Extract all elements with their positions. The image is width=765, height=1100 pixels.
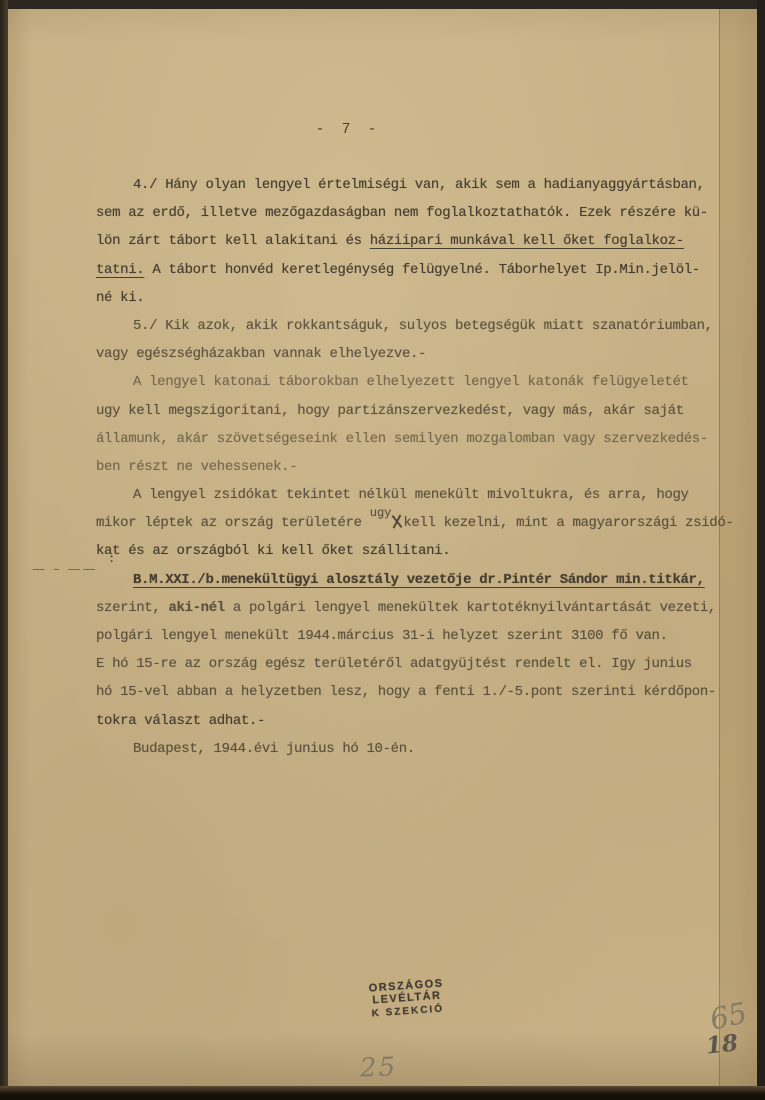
pencil-number-25: 25 — [359, 1052, 397, 1083]
text-segment: aki-nél — [168, 600, 224, 616]
text-segment: né ki. — [96, 290, 144, 306]
insertion-caret-mark — [392, 515, 401, 528]
text-segment: A tábort honvéd keretlegénység felügyeln… — [144, 262, 700, 278]
text-segment: B.M.XXI./b.menekültügyi alosztály vezető… — [133, 572, 705, 588]
document-line-14: kat és az országból ki kell őket szállit… — [96, 537, 724, 565]
text-segment: A lengyel katonai táborokban elhelyezett… — [133, 374, 689, 390]
document-line-2: sem az erdő, illetve mezőgazdaságban nem… — [96, 199, 724, 227]
text-segment: államunk, akár szövetségeseink ellen sem… — [96, 431, 708, 447]
text-segment: a polgári lengyel menekültek kartotéknyi… — [225, 600, 716, 616]
document-line-1: 4./ Hány olyan lengyel értelmiségi van, … — [96, 171, 724, 199]
text-segment: 5./ Kik azok, akik rokkantságuk, sulyos … — [133, 318, 713, 334]
text-segment: Budapest, 1944.évi junius hó 10-én. — [133, 741, 415, 757]
document-line-21: Budapest, 1944.évi junius hó 10-én. — [96, 735, 724, 763]
page-number: - 7 - — [308, 121, 388, 138]
document-line-3: lön zárt tábort kell alakitani és háziip… — [96, 227, 724, 255]
document-line-19: hó 15-vel abban a helyzetben lesz, hogy … — [96, 678, 724, 706]
text-segment: A lengyel zsidókat tekintet nélkül menek… — [133, 487, 689, 503]
scan-edge-left — [0, 0, 8, 1100]
text-segment: tokra választ adhat.- — [96, 713, 265, 729]
text-segment: kat és az országból ki kell őket szállit… — [96, 543, 450, 559]
document-line-6: 5./ Kik azok, akik rokkantságuk, sulyos … — [96, 312, 724, 340]
text-segment: lön zárt tábort kell alakitani és — [96, 233, 370, 249]
text-segment: ben részt ne vehessenek.- — [96, 459, 297, 475]
document-line-7: vagy egészségházakban vannak elhelyezve.… — [96, 340, 724, 368]
text-segment: polgári lengyel menekült 1944.március 31… — [96, 628, 668, 644]
scan-edge-bottom — [0, 1086, 765, 1100]
text-segment: háziipari munkával kell őket foglalkoz- — [370, 233, 684, 249]
text-segment: vagy egészségházakban vannak elhelyezve.… — [96, 346, 426, 362]
pencil-margin-dashes: — – —— — [32, 562, 98, 577]
document-line-16: szerint, aki-nél a polgári lengyel menek… — [96, 594, 724, 622]
document-line-13: mikor léptek az ország területére ugykel… — [96, 509, 724, 537]
document-line-5: né ki. — [96, 284, 724, 312]
text-segment: szerint, — [96, 600, 168, 616]
document-line-18: E hó 15-re az ország egész területéről a… — [96, 650, 724, 678]
document-line-11: ben részt ne vehessenek.- — [96, 453, 724, 481]
text-segment: E hó 15-re az ország egész területéről a… — [96, 656, 692, 672]
typewritten-text-block: 4./ Hány olyan lengyel értelmiségi van, … — [96, 171, 724, 763]
document-line-15: B.M.XXI./b.menekültügyi alosztály vezető… — [96, 566, 724, 594]
archive-stamp: ORSZÁGOS LEVÉLTÁR K SZEKCIÓ — [341, 976, 473, 1022]
page-edge-band — [719, 9, 758, 1087]
typed-insertion-above-line: ugy — [370, 499, 392, 527]
text-segment: 4./ Hány olyan lengyel értelmiségi van, … — [133, 177, 705, 193]
scan-edge-right — [757, 0, 765, 1100]
pencil-number-18: 18 — [705, 1029, 740, 1059]
document-line-20: tokra választ adhat.- — [96, 707, 724, 735]
scan-edge-top — [0, 0, 765, 9]
text-segment: kell kezelni, mint a magyarországi zsidó… — [403, 515, 733, 531]
text-segment: mikor léptek az ország területére — [96, 515, 370, 531]
document-line-4: tatni. A tábort honvéd keretlegénység fe… — [96, 256, 724, 284]
document-line-12: A lengyel zsidókat tekintet nélkül menek… — [96, 481, 724, 509]
text-segment: ugy kell megszigoritani, hogy partizánsz… — [96, 403, 684, 419]
document-page: - 7 - 4./ Hány olyan lengyel értelmiségi… — [8, 9, 757, 1087]
document-line-10: államunk, akár szövetségeseink ellen sem… — [96, 425, 724, 453]
document-line-9: ugy kell megszigoritani, hogy partizánsz… — [96, 397, 724, 425]
text-segment: hó 15-vel abban a helyzetben lesz, hogy … — [96, 684, 716, 700]
scanned-document: - 7 - 4./ Hány olyan lengyel értelmiségi… — [0, 0, 765, 1100]
text-segment: sem az erdő, illetve mezőgazdaságban nem… — [96, 205, 708, 221]
document-line-8: A lengyel katonai táborokban elhelyezett… — [96, 368, 724, 396]
document-line-17: polgári lengyel menekült 1944.március 31… — [96, 622, 724, 650]
text-segment: tatni. — [96, 262, 144, 278]
pencil-check-mark: : — [108, 552, 115, 566]
